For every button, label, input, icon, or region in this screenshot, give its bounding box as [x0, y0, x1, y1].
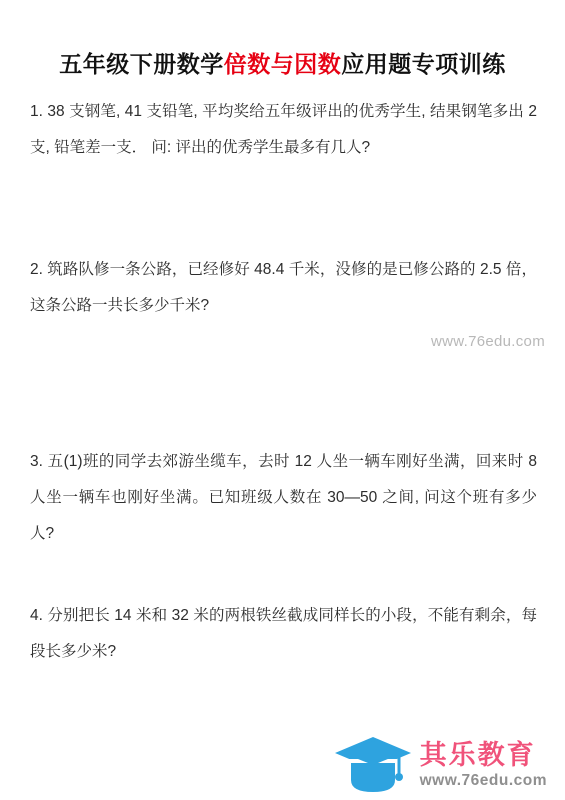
- brand-url: www.76edu.com: [420, 771, 547, 791]
- watermark-url: www.76edu.com: [431, 333, 545, 350]
- problem-3: 3. 五(1)班的同学去郊游坐缆车，去时 12 人坐一辆车刚好坐满，回来时 8 …: [30, 444, 537, 552]
- page-title: 五年级下册数学倍数与因数应用题专项训练: [0, 46, 565, 79]
- brand-name: 其乐教育: [420, 740, 536, 771]
- brand-logo: 其乐教育 www.76edu.com: [333, 736, 547, 794]
- brand-text: 其乐教育 www.76edu.com: [420, 740, 547, 791]
- worksheet-page: { "title": { "prefix": "五年级下册数学", "highl…: [0, 0, 565, 800]
- graduation-cap-icon: [333, 736, 413, 794]
- problem-4: 4. 分别把长 14 米和 32 米的两根铁丝截成同样长的小段，不能有剩余，每段…: [30, 598, 537, 670]
- problem-2: 2. 筑路队修一条公路，已经修好 48.4 千米，没修的是已修公路的 2.5 倍…: [30, 252, 537, 324]
- title-highlight: 倍数与因数: [224, 51, 342, 77]
- title-suffix: 应用题专项训练: [341, 51, 506, 77]
- title-prefix: 五年级下册数学: [59, 51, 224, 77]
- problem-1: 1. 38 支钢笔, 41 支铅笔, 平均奖给五年级评出的优秀学生, 结果钢笔多…: [30, 94, 537, 166]
